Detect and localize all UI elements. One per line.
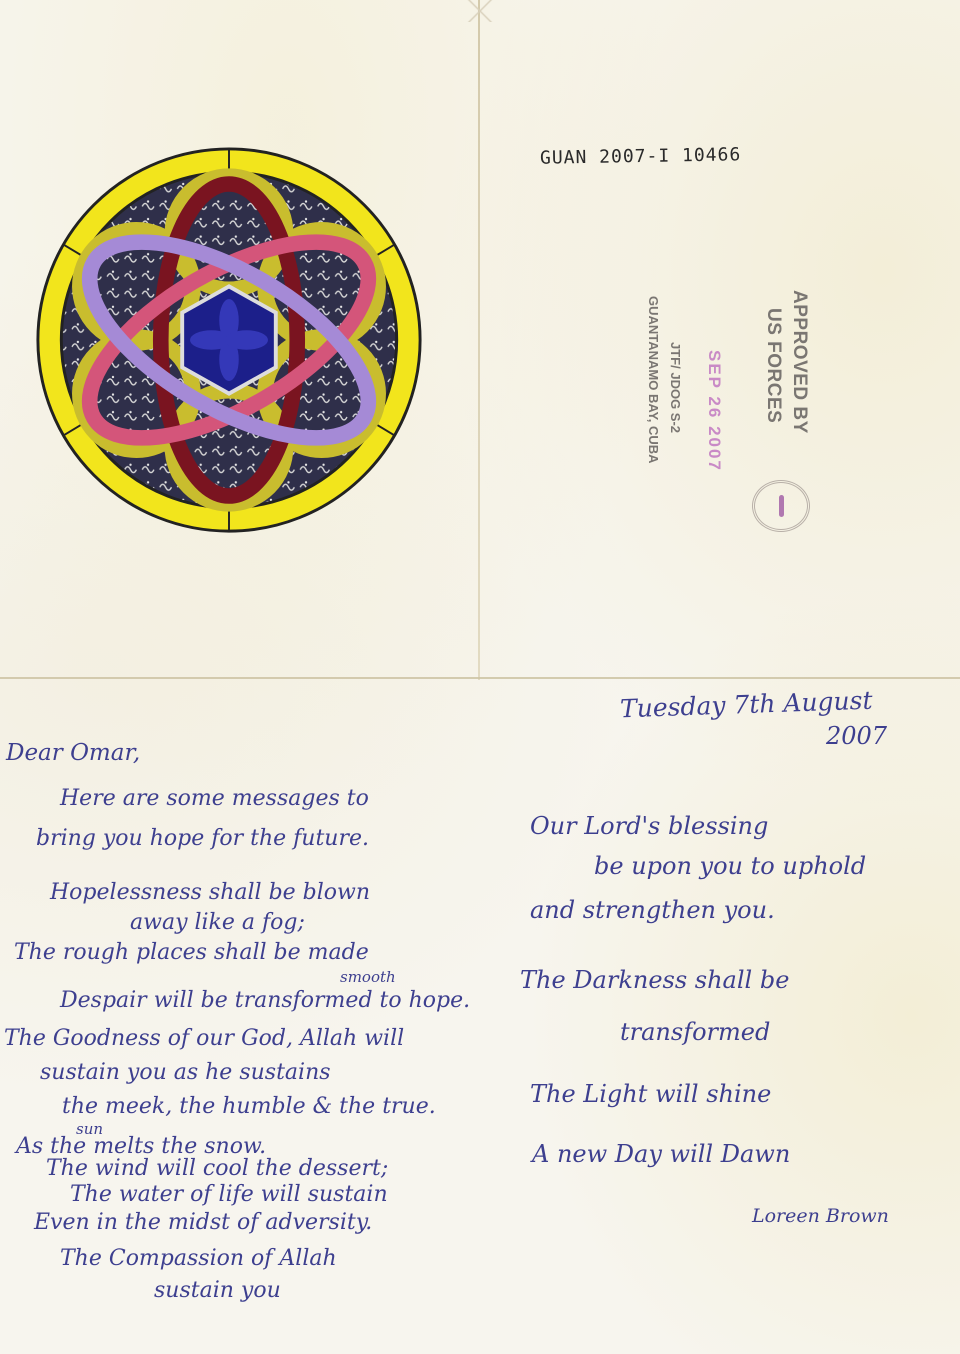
horizontal-fold-line	[0, 677, 960, 679]
salutation: Dear Omar,	[6, 740, 140, 766]
text-line: The Darkness shall be	[520, 966, 789, 994]
text-line: sustain you	[154, 1278, 281, 1303]
text-insert: smooth	[340, 968, 396, 986]
reference-number: GUAN 2007-I 10466	[540, 144, 742, 169]
text-line: transformed	[620, 1018, 770, 1046]
signature: Loreen Brown	[752, 1205, 889, 1227]
stamp-approved-by: APPROVED BY	[788, 290, 810, 434]
text-line: Here are some messages to	[60, 786, 369, 811]
text-line: be upon you to uphold	[594, 852, 866, 880]
text-line: The Goodness of our God, Allah will	[4, 1026, 404, 1051]
text-line: bring you hope for the future.	[36, 826, 369, 851]
letter-date: Tuesday 7th August	[620, 686, 873, 724]
stamp-unit: JTF/ JDOG S-2	[668, 342, 683, 433]
celtic-knot-medallion-icon	[34, 145, 424, 535]
text-line: Even in the midst of adversity.	[34, 1210, 372, 1235]
vertical-fold-line	[478, 0, 480, 680]
text-line: The Compassion of Allah	[60, 1246, 337, 1271]
letter-year: 2007	[826, 722, 887, 750]
text-line: The rough places shall be made	[14, 940, 369, 965]
seal-icon	[752, 480, 810, 532]
text-line: A new Day will Dawn	[532, 1140, 790, 1168]
text-line: The water of life will sustain	[70, 1182, 388, 1207]
text-line: away like a fog;	[130, 910, 305, 935]
text-line: The wind will cool the dessert;	[46, 1156, 388, 1181]
stamp-date: SEP 26 2007	[704, 350, 724, 472]
paper-top-fold	[440, 0, 520, 22]
approval-stamp: APPROVED BY US FORCES SEP 26 2007 JTF/ J…	[640, 290, 840, 530]
text-line: the meek, the humble & the true.	[62, 1094, 436, 1119]
text-line: The Light will shine	[530, 1080, 771, 1108]
text-line: and strengthen you.	[530, 896, 775, 924]
text-line: Our Lord's blessing	[530, 812, 768, 840]
stamp-us-forces: US FORCES	[762, 308, 784, 423]
stamp-location: GUANTANAMO BAY, CUBA	[646, 296, 661, 464]
text-line: sustain you as he sustains	[40, 1060, 331, 1085]
text-line: Hopelessness shall be blown	[50, 880, 370, 905]
letter-page: GUAN 2007-I 10466 APPROVED BY US FORCES …	[0, 0, 960, 1354]
text-line: Despair will be transformed to hope.	[60, 988, 470, 1013]
